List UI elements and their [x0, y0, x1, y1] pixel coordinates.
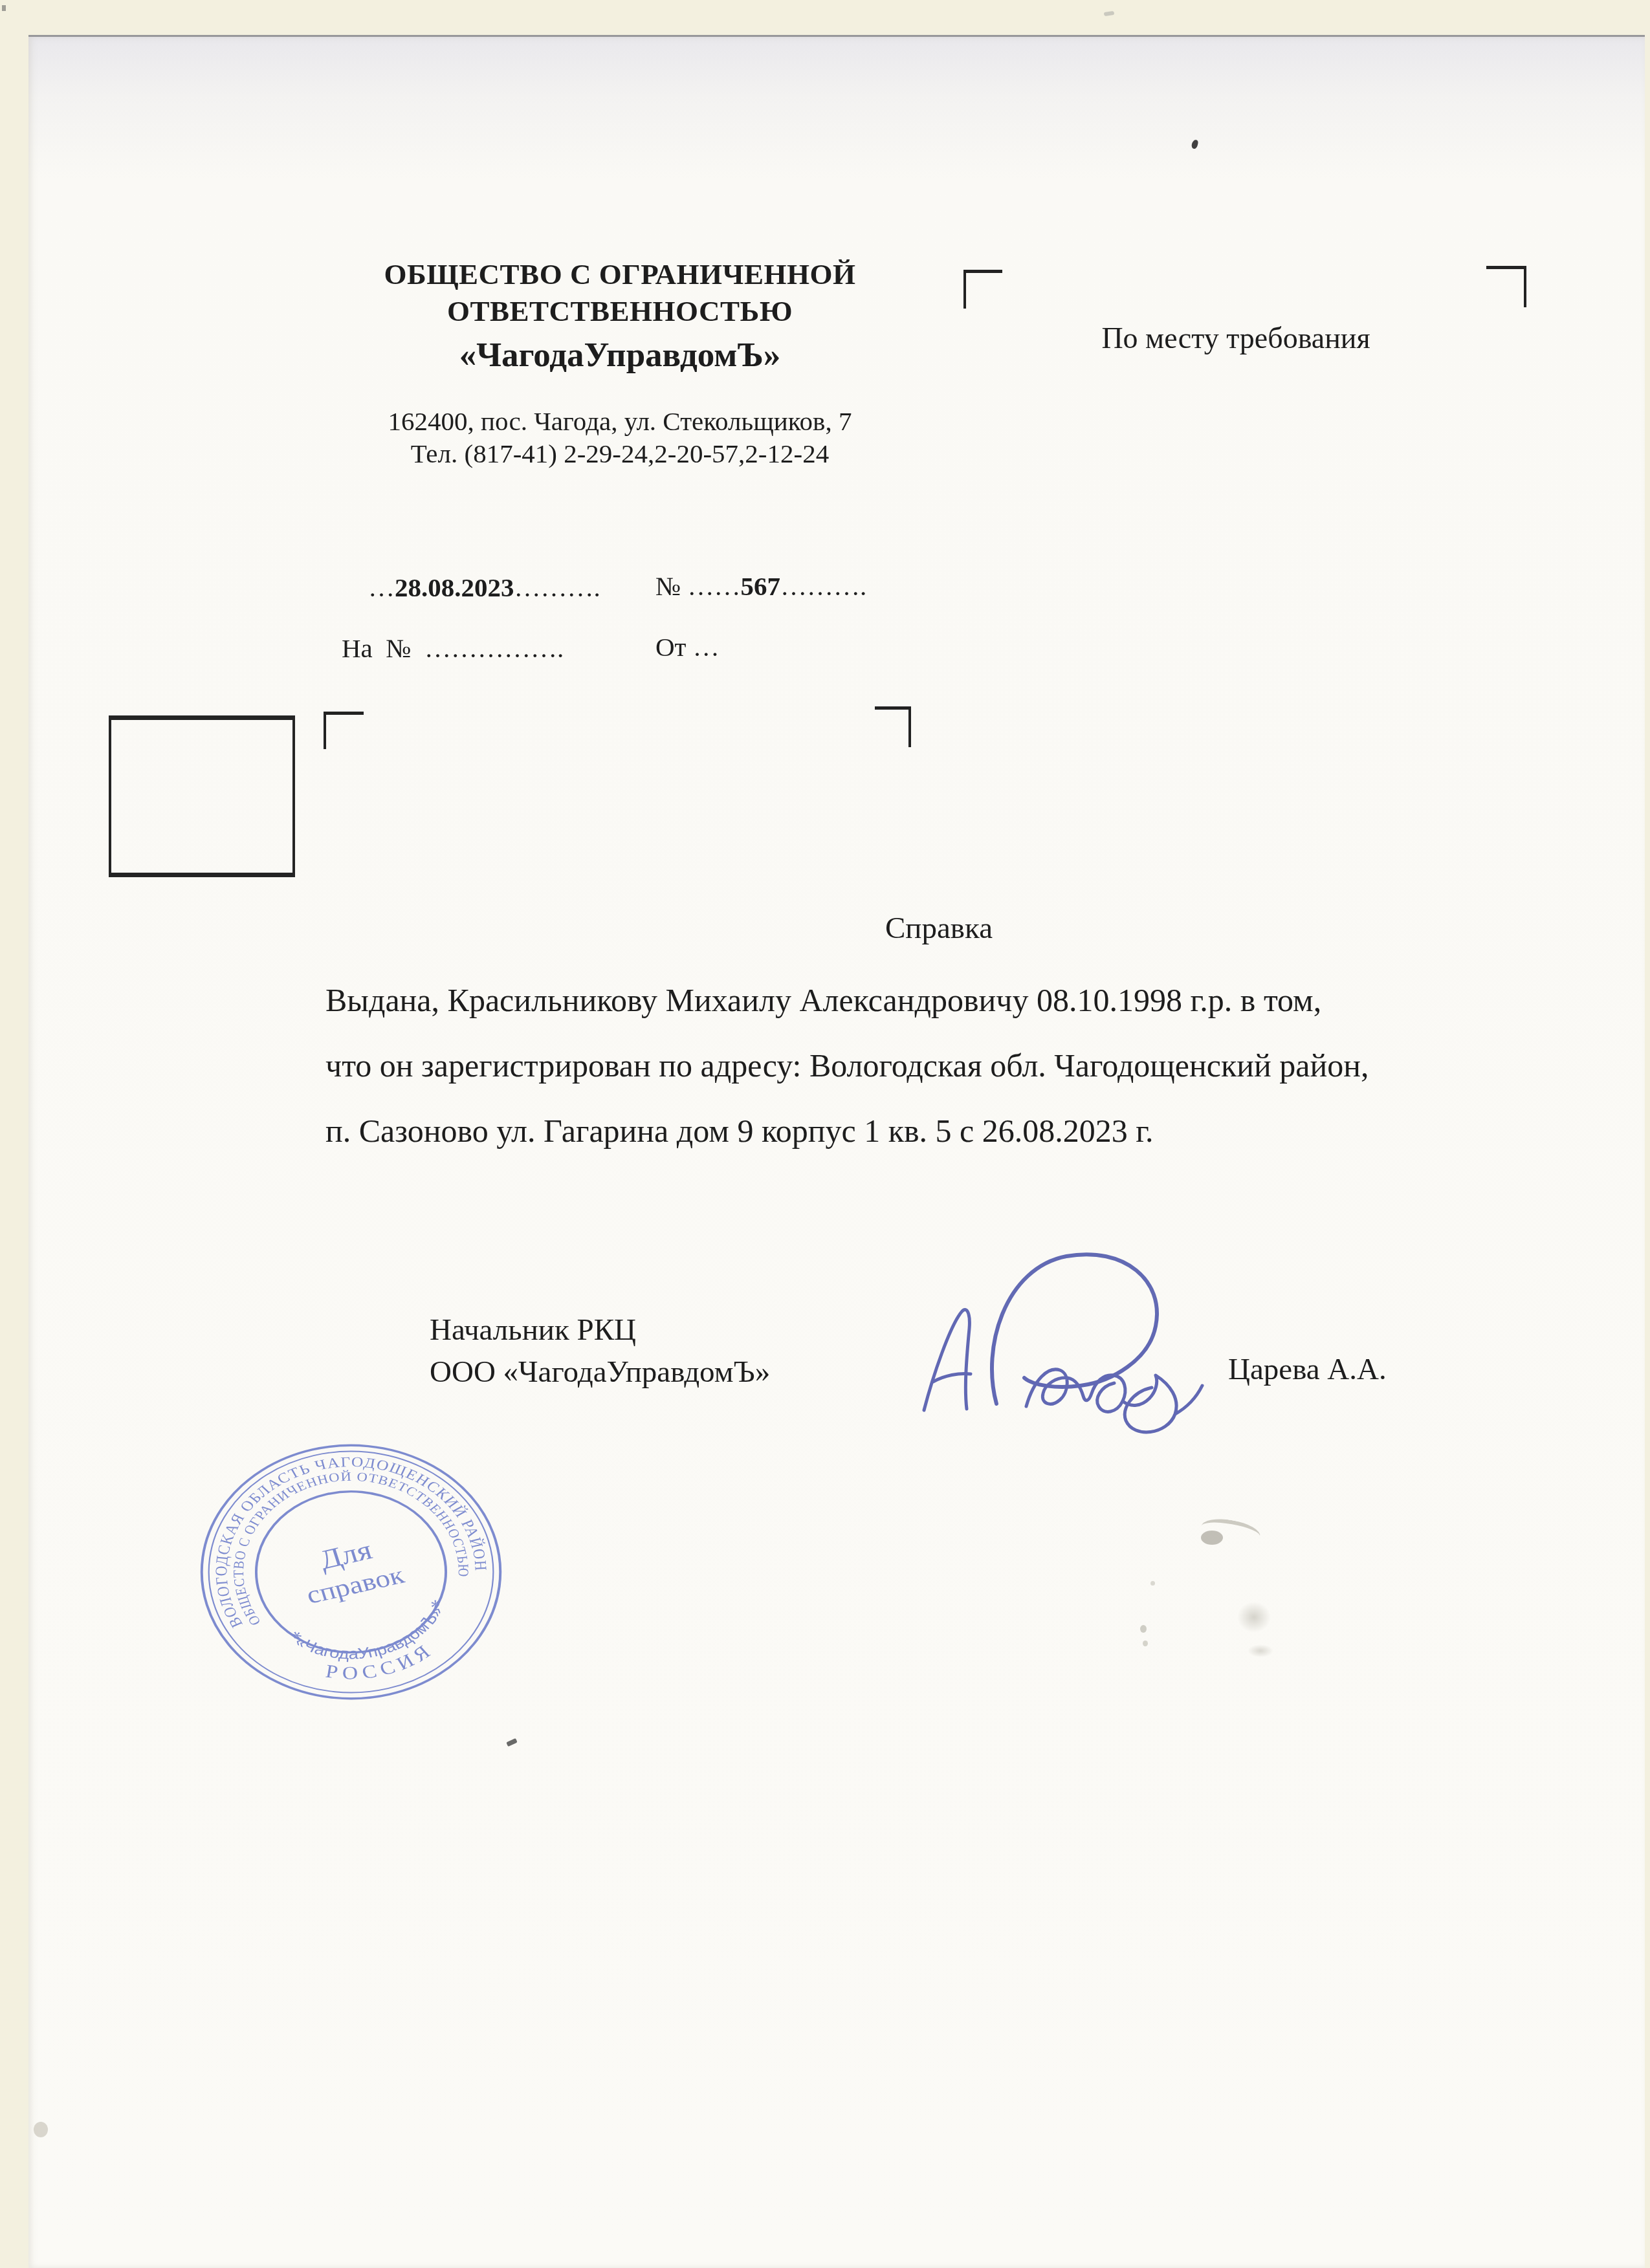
scanned-document-page: ОБЩЕСТВО С ОГРАНИЧЕННОЙ ОТВЕТСТВЕННОСТЬЮ…: [0, 0, 1650, 2268]
corner-mark-mid-left: [324, 712, 364, 749]
scan-speck: [1104, 11, 1115, 16]
pencil-smudge-dot: [1143, 1641, 1148, 1646]
pencil-smudge-cluster: [1248, 1644, 1273, 1657]
pencil-smudge-blob: [1201, 1531, 1223, 1545]
letterhead: ОБЩЕСТВО С ОГРАНИЧЕННОЙ ОТВЕТСТВЕННОСТЬЮ…: [342, 256, 898, 470]
round-stamp: ВОЛОГОДСКАЯ ОБЛАСТЬ ЧАГОДОЩЕНСКИЙ РАЙОН …: [188, 1436, 514, 1708]
signatory-org-line2: ООО «ЧагодаУправдомЪ»: [430, 1351, 770, 1393]
ref-number: № ……567……….: [655, 571, 866, 602]
ref-number-suffix-dots: ……….: [780, 571, 866, 601]
corner-mark-top-left: [963, 270, 1002, 309]
handwritten-signature: [899, 1237, 1262, 1450]
signatory-position: Начальник РКЦ ООО «ЧагодаУправдомЪ»: [430, 1309, 770, 1393]
scan-blob: [34, 2122, 48, 2137]
corner-mark-top-right: [1486, 266, 1526, 307]
signature-stroke-initial: [924, 1309, 969, 1410]
ref-date-suffix-dots: ……….: [514, 572, 600, 602]
document-title: Справка: [809, 911, 1068, 946]
body-line-2: что он зарегистрирован по адресу: Волого…: [325, 1033, 1607, 1098]
signature-stroke-tail: [1123, 1375, 1202, 1432]
org-address: 162400, пос. Чагода, ул. Стекольщиков, 7: [342, 405, 898, 437]
org-name-line1: ОБЩЕСТВО С ОГРАНИЧЕННОЙ: [342, 256, 898, 293]
recipient-note: По месту требования: [1055, 321, 1417, 355]
corner-mark-mid-right: [875, 706, 911, 747]
stamp-center-line2: справок: [303, 1561, 408, 1609]
pencil-smudge-dot: [1140, 1625, 1147, 1633]
ref-number-value: 567: [740, 571, 780, 601]
org-phone: Тел. (817-41) 2-29-24,2-20-57,2-12-24: [342, 437, 898, 470]
body-line-3: п. Сазоново ул. Гагарина дом 9 корпус 1 …: [325, 1098, 1607, 1164]
signatory-position-line1: Начальник РКЦ: [430, 1309, 770, 1351]
ref-date-prefix-dots: …: [368, 572, 395, 602]
ref-number-dots: ……: [687, 571, 740, 601]
ref-date-value: 28.08.2023: [395, 572, 514, 602]
edge-speck: [2, 5, 6, 11]
document-body: Выдана, Красильникову Михаилу Александро…: [325, 968, 1607, 1164]
ref-on-number: На № …………….: [342, 633, 564, 664]
pencil-smudge-dot: [1150, 1581, 1155, 1586]
body-line-1: Выдана, Красильникову Михаилу Александро…: [325, 968, 1607, 1033]
ref-date: …28.08.2023……….: [368, 572, 600, 603]
ref-number-label: №: [655, 571, 687, 601]
signature-stroke-letters: [1026, 1369, 1125, 1412]
pencil-smudge-cluster: [1237, 1602, 1271, 1633]
org-name-line2: ОТВЕТСТВЕННОСТЬЮ: [342, 293, 898, 330]
org-name-line3: «ЧагодаУправдомЪ»: [342, 335, 898, 375]
ref-from: От …: [655, 631, 720, 662]
placeholder-box: [109, 715, 295, 877]
